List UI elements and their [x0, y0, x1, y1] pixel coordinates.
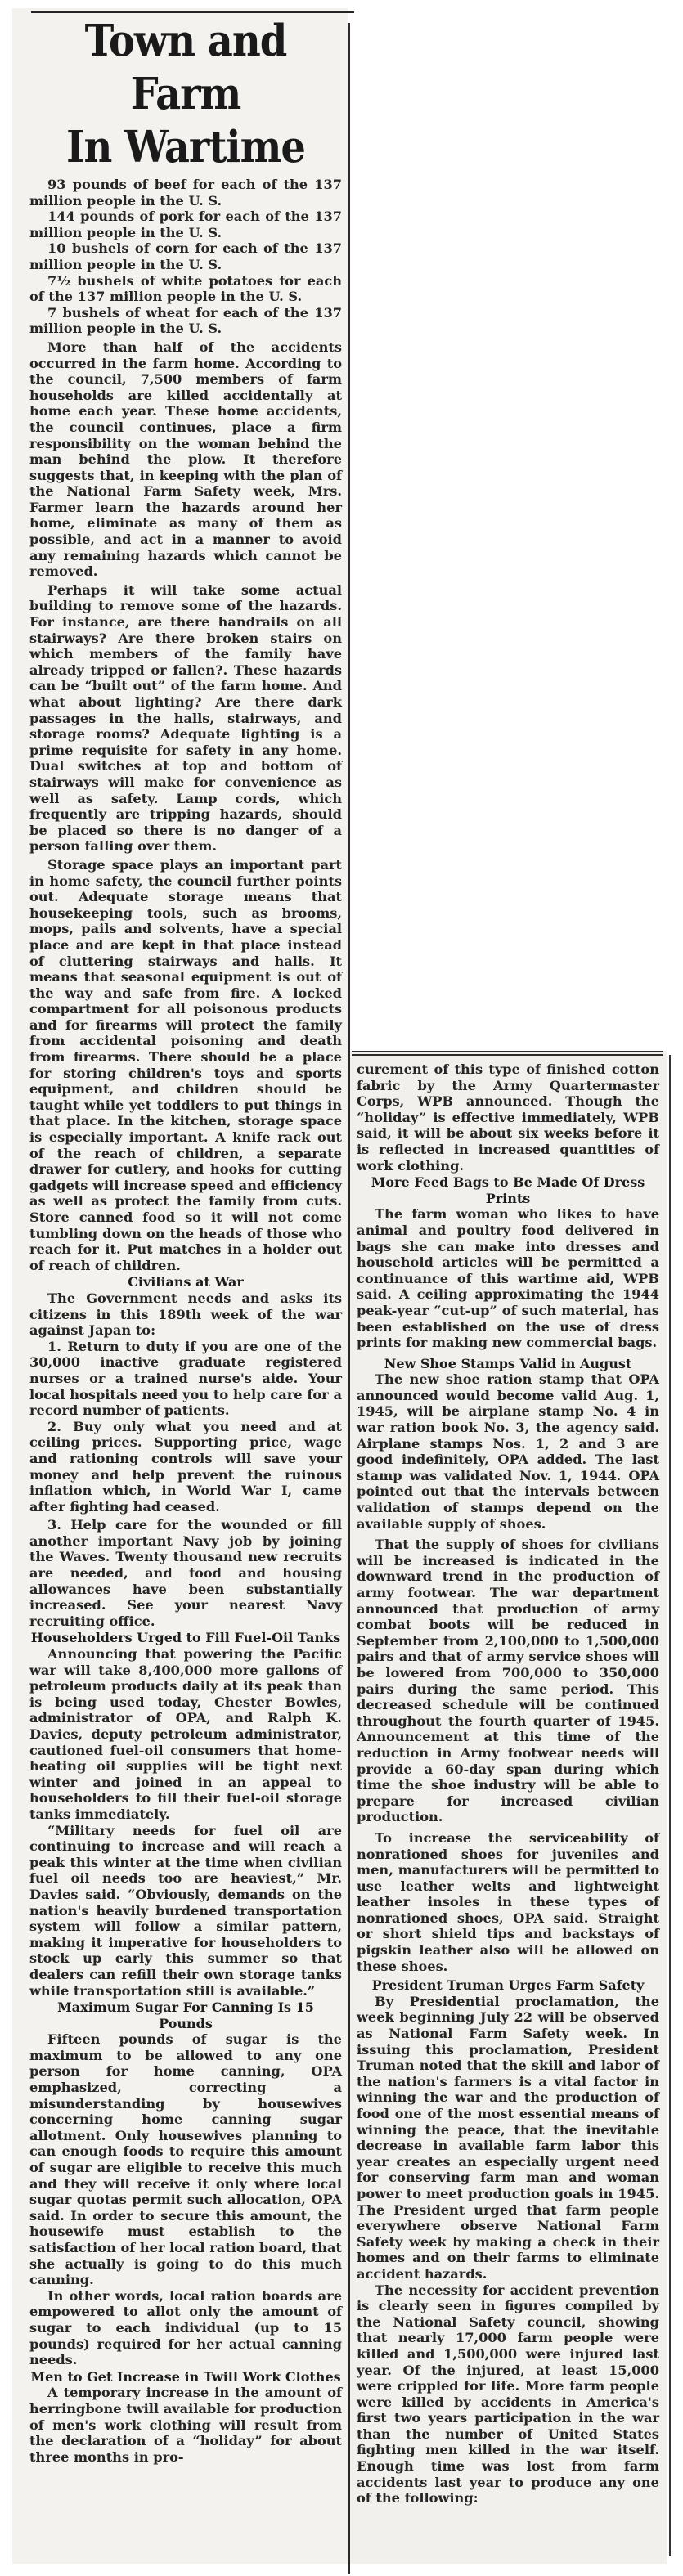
truman-section: President Truman Urges Farm Safety By Pr…	[357, 1977, 659, 2506]
section-heading: Householders Urged to Fill Fuel-Oil Tank…	[29, 1630, 342, 1646]
paragraph: The farm woman who likes to have animal …	[357, 1206, 659, 1350]
stat-wheat: 7 bushels of wheat for each of the 137 m…	[29, 305, 342, 337]
list-item: 1. Return to duty if you are one of the …	[29, 1339, 342, 1419]
paragraph: The Government needs and asks its citize…	[29, 1290, 342, 1339]
section-heading: New Shoe Stamps Valid in August	[357, 1356, 659, 1372]
section-heading: President Truman Urges Farm Safety	[357, 1977, 659, 1994]
section-heading: Men to Get Increase in Twill Work Clothe…	[29, 2369, 342, 2385]
masthead-line-2: In Wartime	[29, 120, 342, 173]
right-border-rule	[669, 1055, 671, 2556]
column-divider	[348, 23, 350, 2574]
sugar-section: Maximum Sugar For Canning Is 15 Pounds F…	[29, 1999, 342, 2368]
paragraph: A temporary increase in the amount of he…	[29, 2385, 342, 2465]
feed-bags-section: More Feed Bags to Be Made Of Dress Print…	[357, 1174, 659, 1351]
paragraph: To increase the serviceability of nonrat…	[357, 1830, 659, 1974]
farm-home-article: More than half of the accidents occurred…	[29, 339, 342, 1273]
paragraph: The necessity for accident prevention is…	[357, 2282, 659, 2506]
paragraph: Announcing that powering the Pacific war…	[29, 1646, 342, 1823]
masthead-line-1: Town and Farm	[29, 15, 342, 121]
fuel-oil-section: Householders Urged to Fill Fuel-Oil Tank…	[29, 1630, 342, 1999]
paragraph: Storage space plays an important part in…	[29, 857, 342, 1273]
stat-beef: 93 pounds of beef for each of the 137 mi…	[29, 177, 342, 209]
paragraph-continued: curement of this type of finished cotton…	[357, 1061, 659, 1174]
civilians-at-war-section: Civilians at War The Government needs an…	[29, 1274, 342, 1629]
paragraph: In other words, local ration boards are …	[29, 2288, 342, 2368]
section-heading: Civilians at War	[29, 1274, 342, 1290]
twill-section: Men to Get Increase in Twill Work Clothe…	[29, 2369, 342, 2466]
paragraph: The new shoe ration stamp that OPA annou…	[357, 1371, 659, 1532]
list-item: 2. Buy only what you need and at ceiling…	[29, 1419, 342, 1515]
double-rule	[352, 1051, 663, 1056]
paragraph: By Presidential proclamation, the week b…	[357, 1994, 659, 2282]
civilian-duties-list: 1. Return to duty if you are one of the …	[29, 1339, 342, 1630]
stat-corn: 10 bushels of corn for each of the 137 m…	[29, 240, 342, 272]
section-heading: Maximum Sugar For Canning Is 15 Pounds	[29, 1999, 342, 2031]
paragraph: More than half of the accidents occurred…	[29, 339, 342, 580]
paragraph: That the supply of shoes for civilians w…	[357, 1537, 659, 1825]
left-column: Town and Farm In Wartime 93 pounds of be…	[29, 23, 342, 2465]
masthead: Town and Farm In Wartime	[29, 15, 342, 174]
shoe-stamps-section: New Shoe Stamps Valid in August The new …	[357, 1356, 659, 1975]
top-rule	[31, 11, 354, 13]
paragraph: Fifteen pounds of sugar is the maximum t…	[29, 2031, 342, 2288]
paragraph: “Military needs for fuel oil are continu…	[29, 1823, 342, 1999]
right-column: curement of this type of finished cotton…	[357, 1061, 659, 2506]
stat-potatoes: 7½ bushels of white potatoes for each of…	[29, 273, 342, 305]
paragraph: Perhaps it will take some actual buildin…	[29, 582, 342, 855]
list-item: 3. Help care for the wounded or fill ano…	[29, 1517, 342, 1629]
section-heading: More Feed Bags to Be Made Of Dress Print…	[357, 1174, 659, 1206]
stat-pork: 144 pounds of pork for each of the 137 m…	[29, 209, 342, 240]
production-stats: 93 pounds of beef for each of the 137 mi…	[29, 177, 342, 337]
